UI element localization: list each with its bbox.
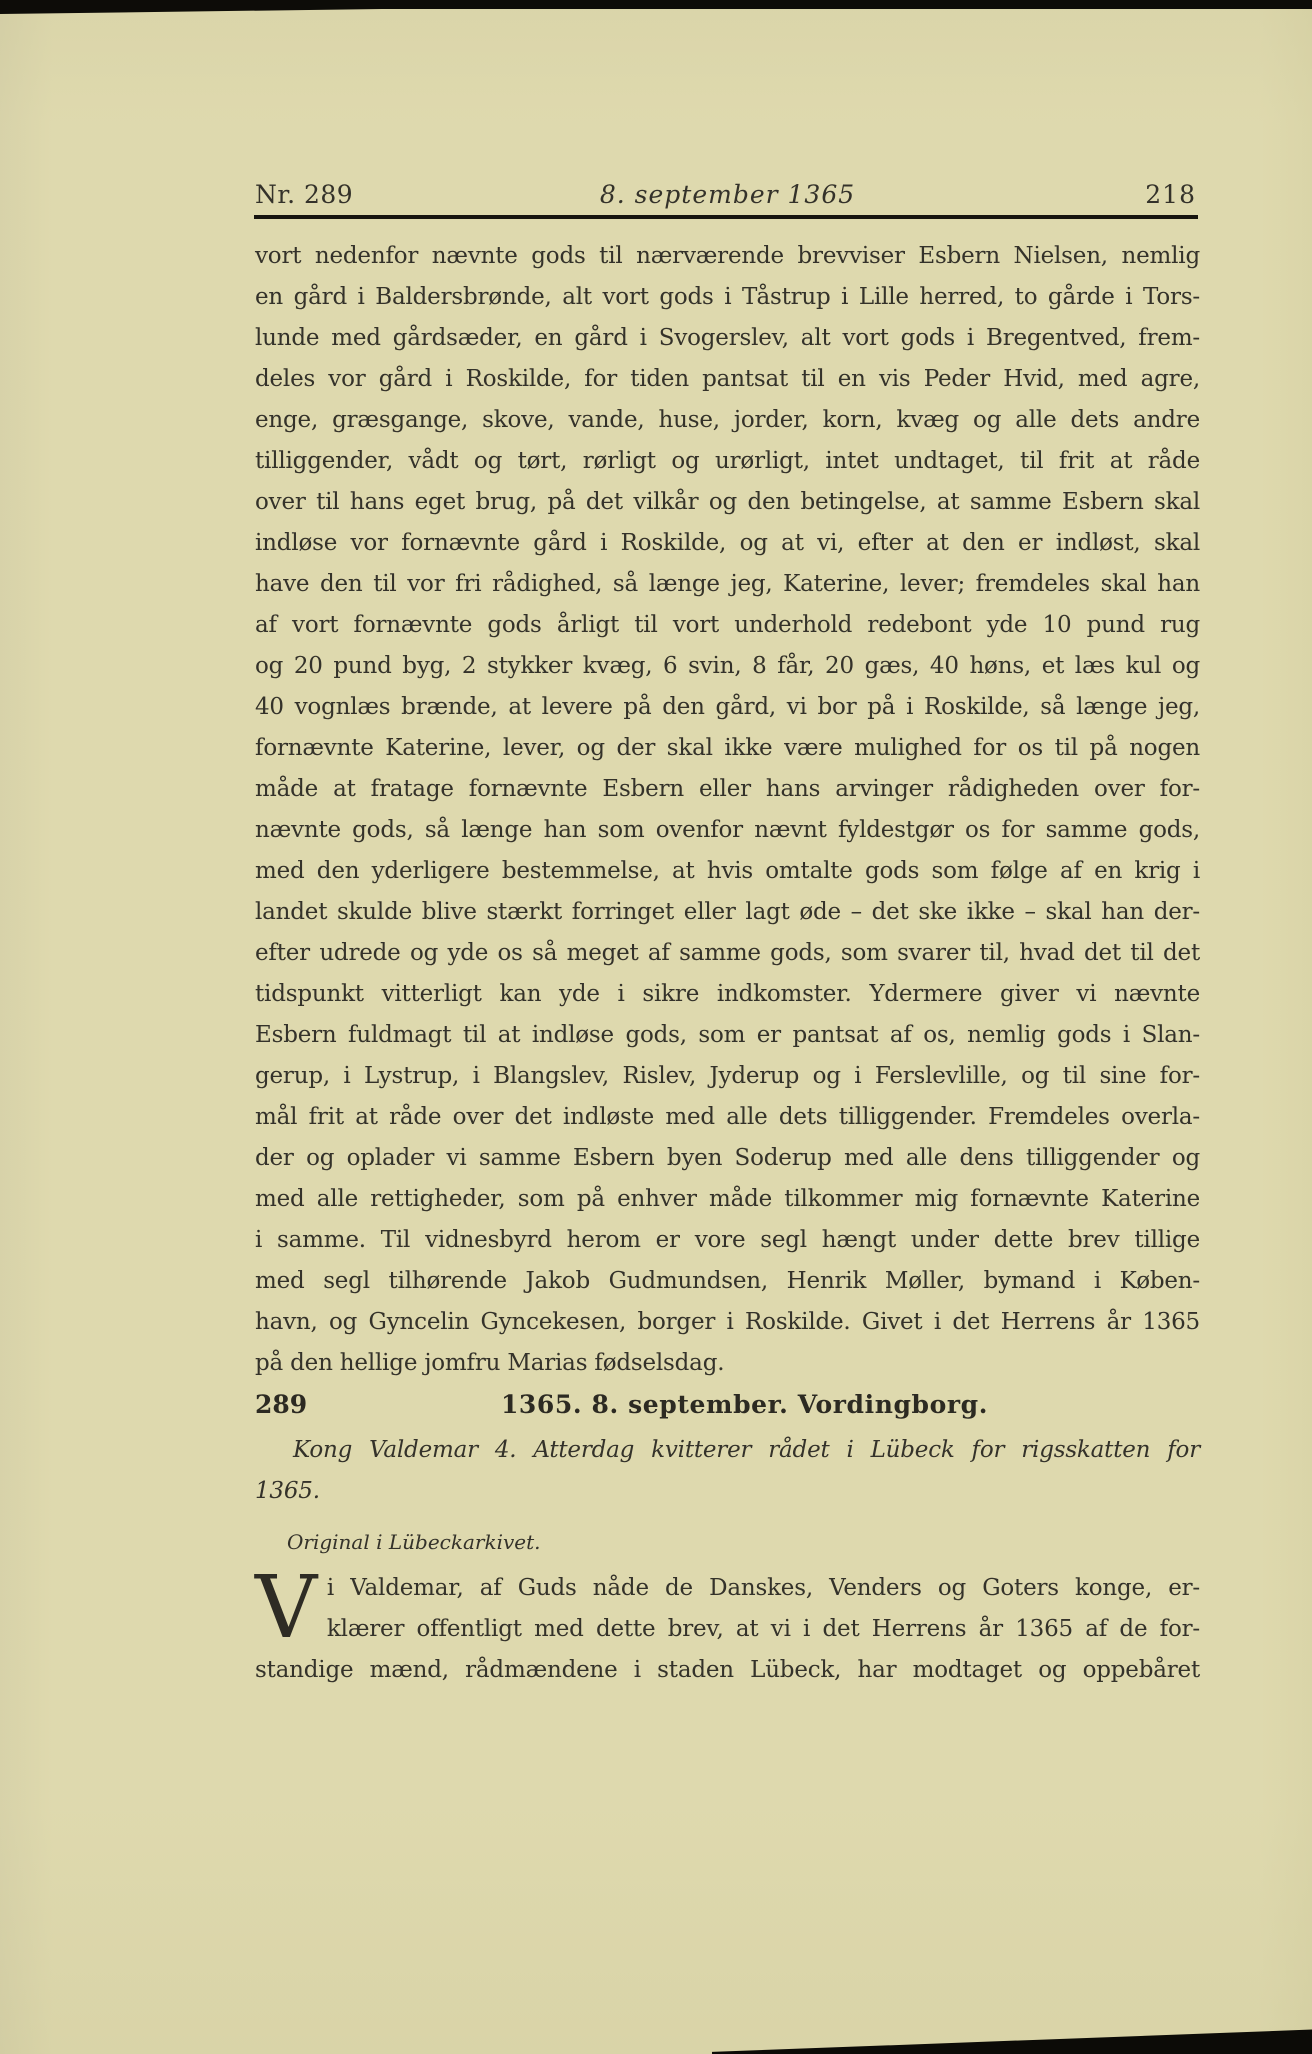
text-line: Esbern fuldmagt til at indløse gods, som… [255, 1015, 1200, 1056]
continuation-paragraph: vort nedenfor nævnte gods til nærværende… [255, 236, 1200, 1384]
text-line: indløse vor fornævnte gård i Roskilde, o… [255, 523, 1200, 564]
text-line: og 20 pund byg, 2 stykker kvæg, 6 svin, … [255, 646, 1200, 687]
scan-edge-bottom-right [712, 2028, 1312, 2054]
drop-cap: V [255, 1568, 327, 1642]
header-rule [254, 215, 1198, 219]
text-line: måde at fratage fornævnte Esbern eller h… [255, 769, 1200, 810]
text-line: 1365. [255, 1471, 1200, 1512]
text-line: i samme. Til vidnesbyrd herom er vore se… [255, 1220, 1200, 1261]
scan-edge-top-left [0, 0, 430, 14]
text-line: en gård i Baldersbrønde, alt vort gods i… [255, 277, 1200, 318]
header-page-number: 218 [1145, 180, 1196, 209]
entry-source-note: Original i Lübeckarkivet. [255, 1522, 1200, 1563]
text-line: lunde med gårdsæder, en gård i Svogersle… [255, 318, 1200, 359]
text-line: med den yderligere bestemmelse, at hvis … [255, 851, 1200, 892]
text-line: Kong Valdemar 4. Atterdag kvitterer råde… [255, 1430, 1200, 1471]
entry-regest: Kong Valdemar 4. Atterdag kvitterer råde… [255, 1430, 1200, 1512]
text-line: 40 vognlæs brænde, at levere på den gård… [255, 687, 1200, 728]
text-line: enge, græsgange, skove, vande, huse, jor… [255, 400, 1200, 441]
text-line: over til hans eget brug, på det vilkår o… [255, 482, 1200, 523]
charter-body-paragraph: V i Valdemar, af Guds nåde de Danskes, V… [255, 1568, 1200, 1691]
text-line: deles vor gård i Roskilde, for tiden pan… [255, 359, 1200, 400]
text-line: med segl tilhørende Jakob Gudmundsen, He… [255, 1261, 1200, 1302]
text-line: standige mænd, rådmændene i staden Lübec… [255, 1650, 1200, 1691]
text-line: gerup, i Lystrup, i Blangslev, Rislev, J… [255, 1056, 1200, 1097]
text-line: mål frit at råde over det indløste med a… [255, 1097, 1200, 1138]
header-document-number: Nr. 289 [255, 180, 353, 209]
entry-heading-row: 289 1365. 8. september. Vordingborg. [255, 1384, 1200, 1425]
text-line: der og oplader vi samme Esbern byen Sode… [255, 1138, 1200, 1179]
entry-number: 289 [255, 1384, 307, 1425]
text-line: med alle rettigheder, som på enhver måde… [255, 1179, 1200, 1220]
text-line: klærer offentligt med dette brev, at vi … [255, 1609, 1200, 1650]
text-line: efter udrede og yde os så meget af samme… [255, 933, 1200, 974]
charter-body-lines: i Valdemar, af Guds nåde de Danskes, Ven… [255, 1568, 1200, 1691]
text-line: have den til vor fri rådighed, så længe … [255, 564, 1200, 605]
text-line: tidspunkt vitterligt kan yde i sikre ind… [255, 974, 1200, 1015]
text-line: landet skulde blive stærkt forringet ell… [255, 892, 1200, 933]
text-line: tilliggender, vådt og tørt, rørligt og u… [255, 441, 1200, 482]
scanned-book-page: Nr. 289 8. september 1365 218 vort neden… [0, 0, 1312, 2054]
text-line: vort nedenfor nævnte gods til nærværende… [255, 236, 1200, 277]
entry-heading: 1365. 8. september. Vordingborg. [467, 1384, 988, 1425]
text-line: havn, og Gyncelin Gyncekesen, borger i R… [255, 1302, 1200, 1343]
text-line: på den hellige jomfru Marias fødselsdag. [255, 1343, 1200, 1384]
text-line: nævnte gods, så længe han som ovenfor næ… [255, 810, 1200, 851]
text-line: fornævnte Katerine, lever, og der skal i… [255, 728, 1200, 769]
header-date: 8. september 1365 [600, 180, 855, 209]
running-header: Nr. 289 8. september 1365 218 [255, 180, 1200, 216]
text-line: i Valdemar, af Guds nåde de Danskes, Ven… [255, 1568, 1200, 1609]
text-line: af vort fornævnte gods årligt til vort u… [255, 605, 1200, 646]
